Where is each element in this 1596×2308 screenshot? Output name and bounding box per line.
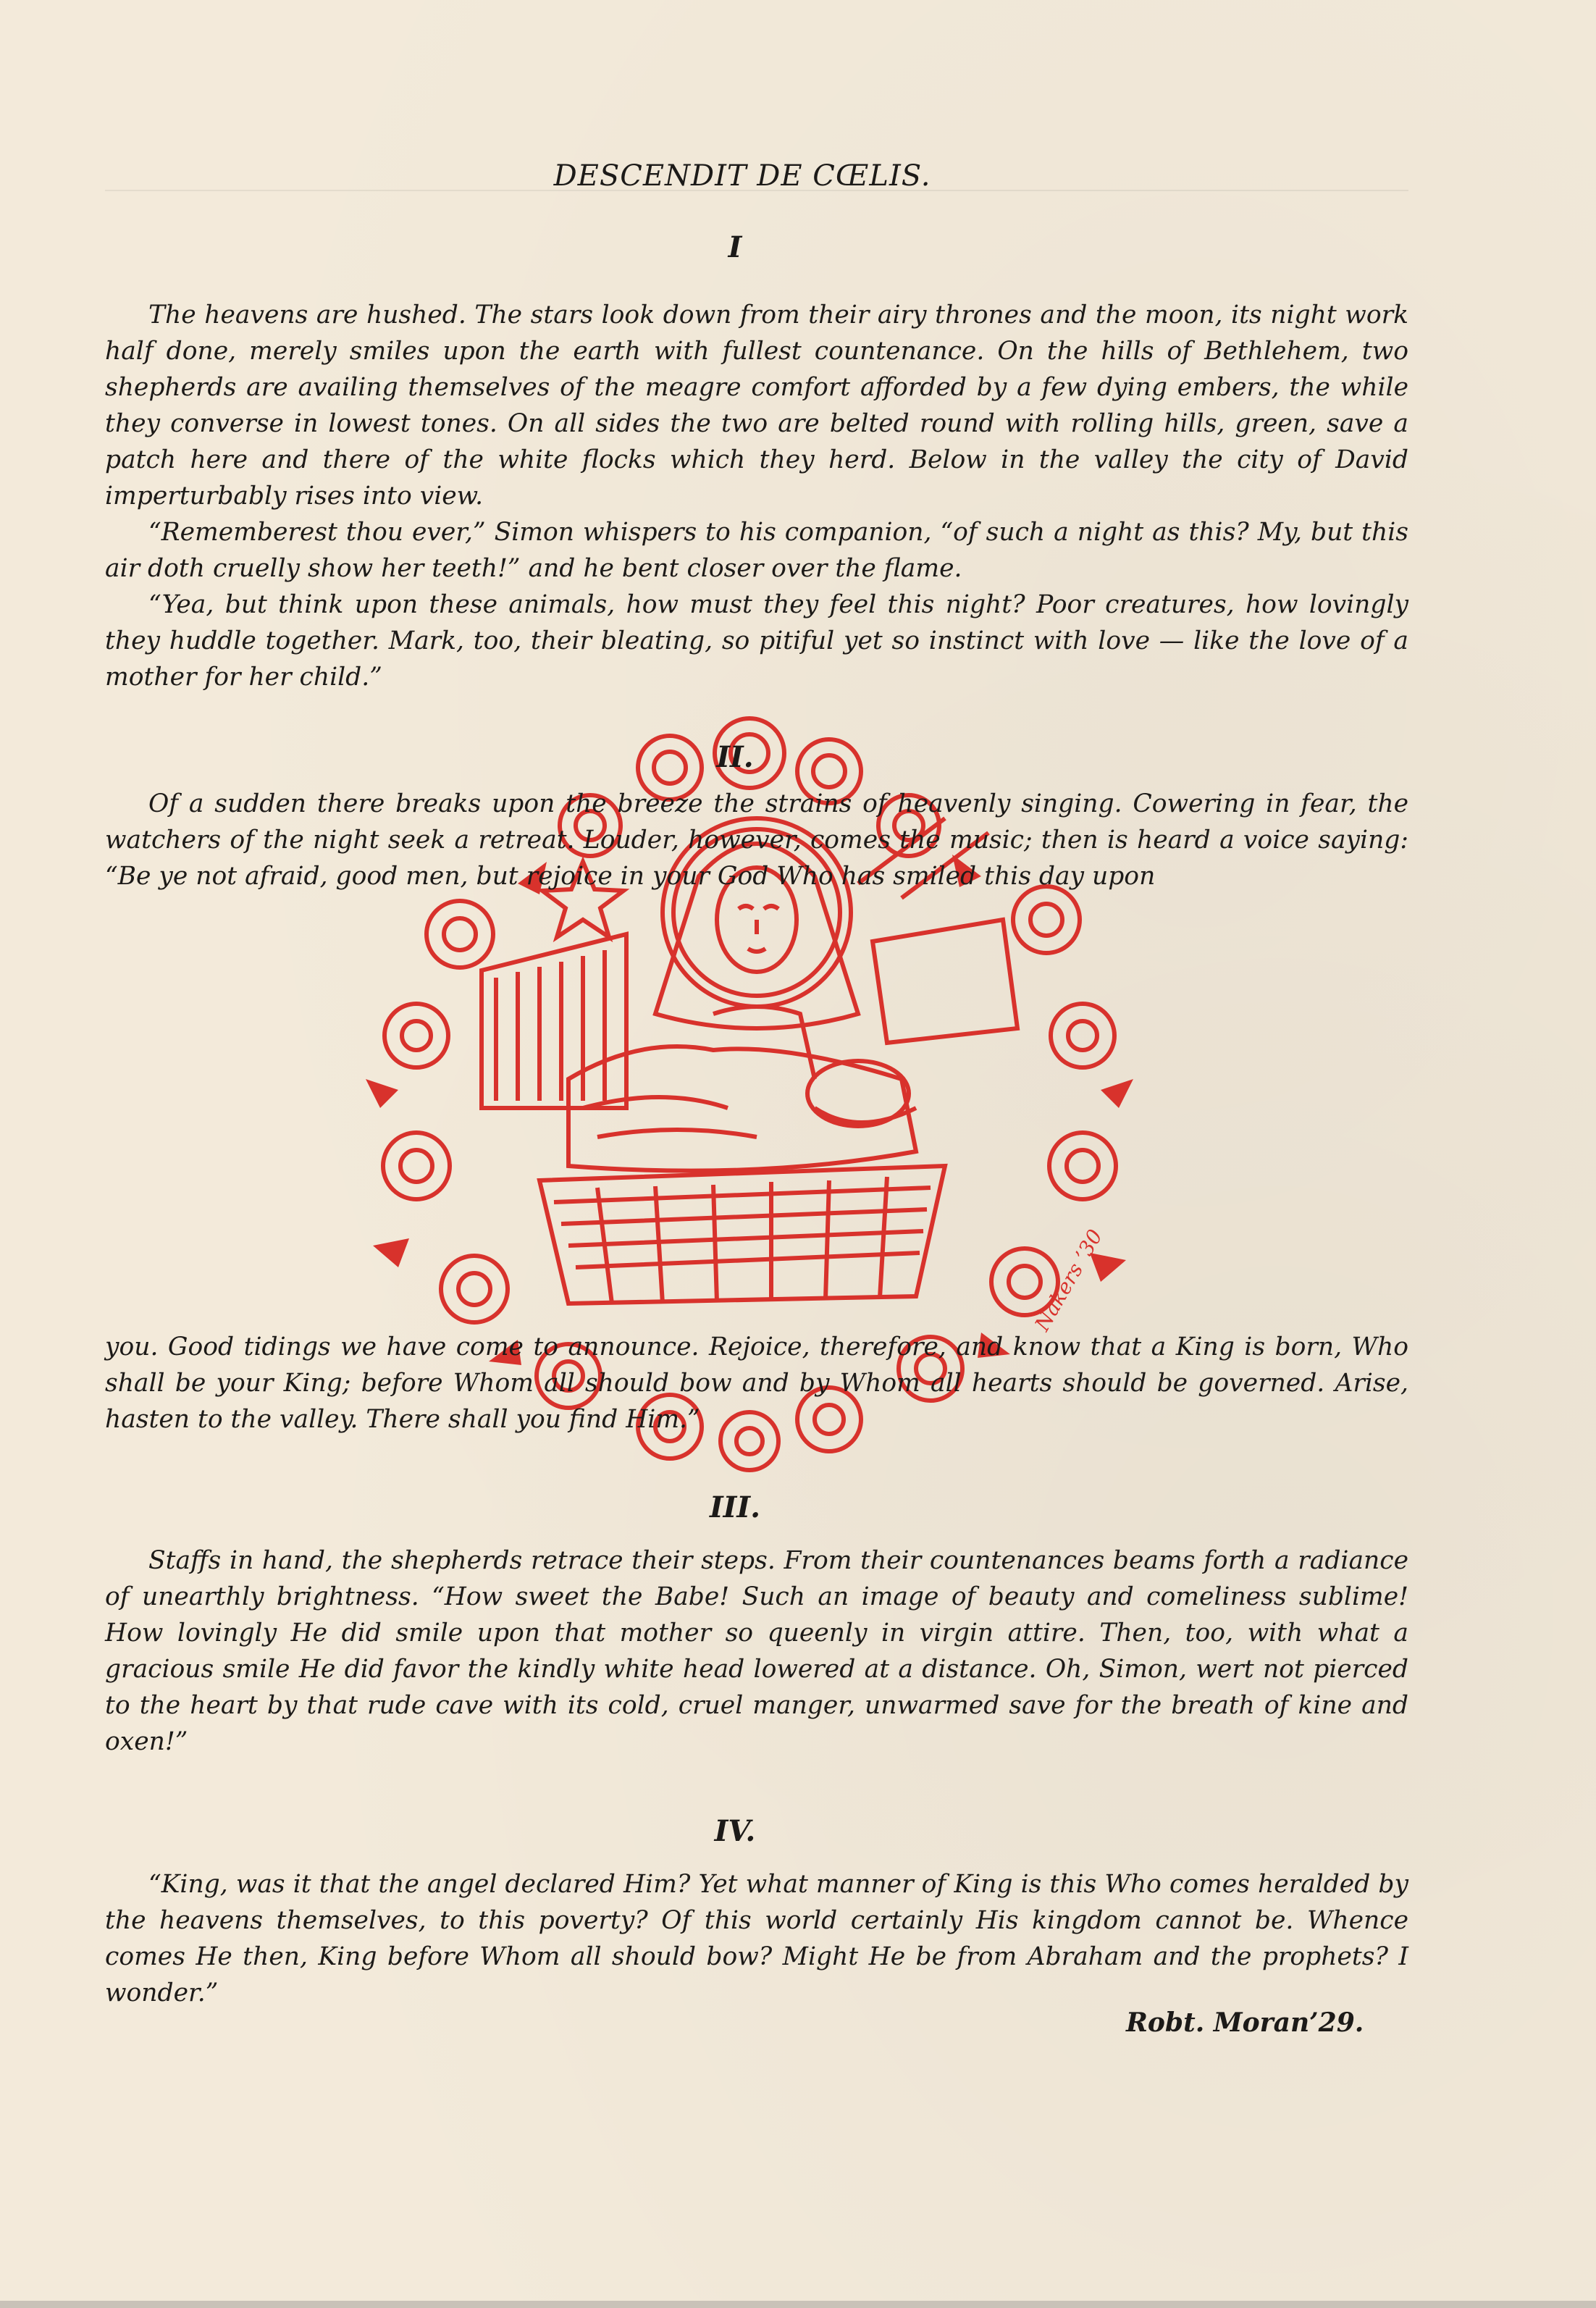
page-edge	[0, 2301, 1596, 2308]
section-3-body: Staffs in hand, the shepherds retrace th…	[105, 1543, 1408, 1760]
paragraph: “Yea, but think upon these animals, how …	[105, 587, 1408, 695]
section-number-1: I	[0, 230, 1470, 264]
author-signature: Robt. Moran’29.	[1126, 2007, 1364, 2038]
page-title: DESCENDIT DE CŒLIS.	[0, 159, 1484, 193]
section-number-4: IV.	[0, 1814, 1470, 1848]
paragraph: Of a sudden there breaks upon the breeze…	[105, 786, 1408, 894]
section-4-body: “King, was it that the angel declared Hi…	[105, 1866, 1408, 2011]
paragraph: Staffs in hand, the shepherds retrace th…	[105, 1543, 1408, 1760]
section-1-body: The heavens are hushed. The stars look d…	[105, 297, 1408, 695]
paragraph: The heavens are hushed. The stars look d…	[105, 297, 1408, 514]
section-number-2: II.	[0, 740, 1470, 774]
section-2-body-bottom: you. Good tidings we have come to announ…	[105, 1329, 1408, 1438]
paragraph: “King, was it that the angel declared Hi…	[105, 1866, 1408, 2011]
paragraph: you. Good tidings we have come to announ…	[105, 1329, 1408, 1438]
section-2-body-top: Of a sudden there breaks upon the breeze…	[105, 786, 1408, 894]
section-number-3: III.	[0, 1490, 1470, 1524]
paragraph: “Rememberest thou ever,” Simon whispers …	[105, 514, 1408, 587]
